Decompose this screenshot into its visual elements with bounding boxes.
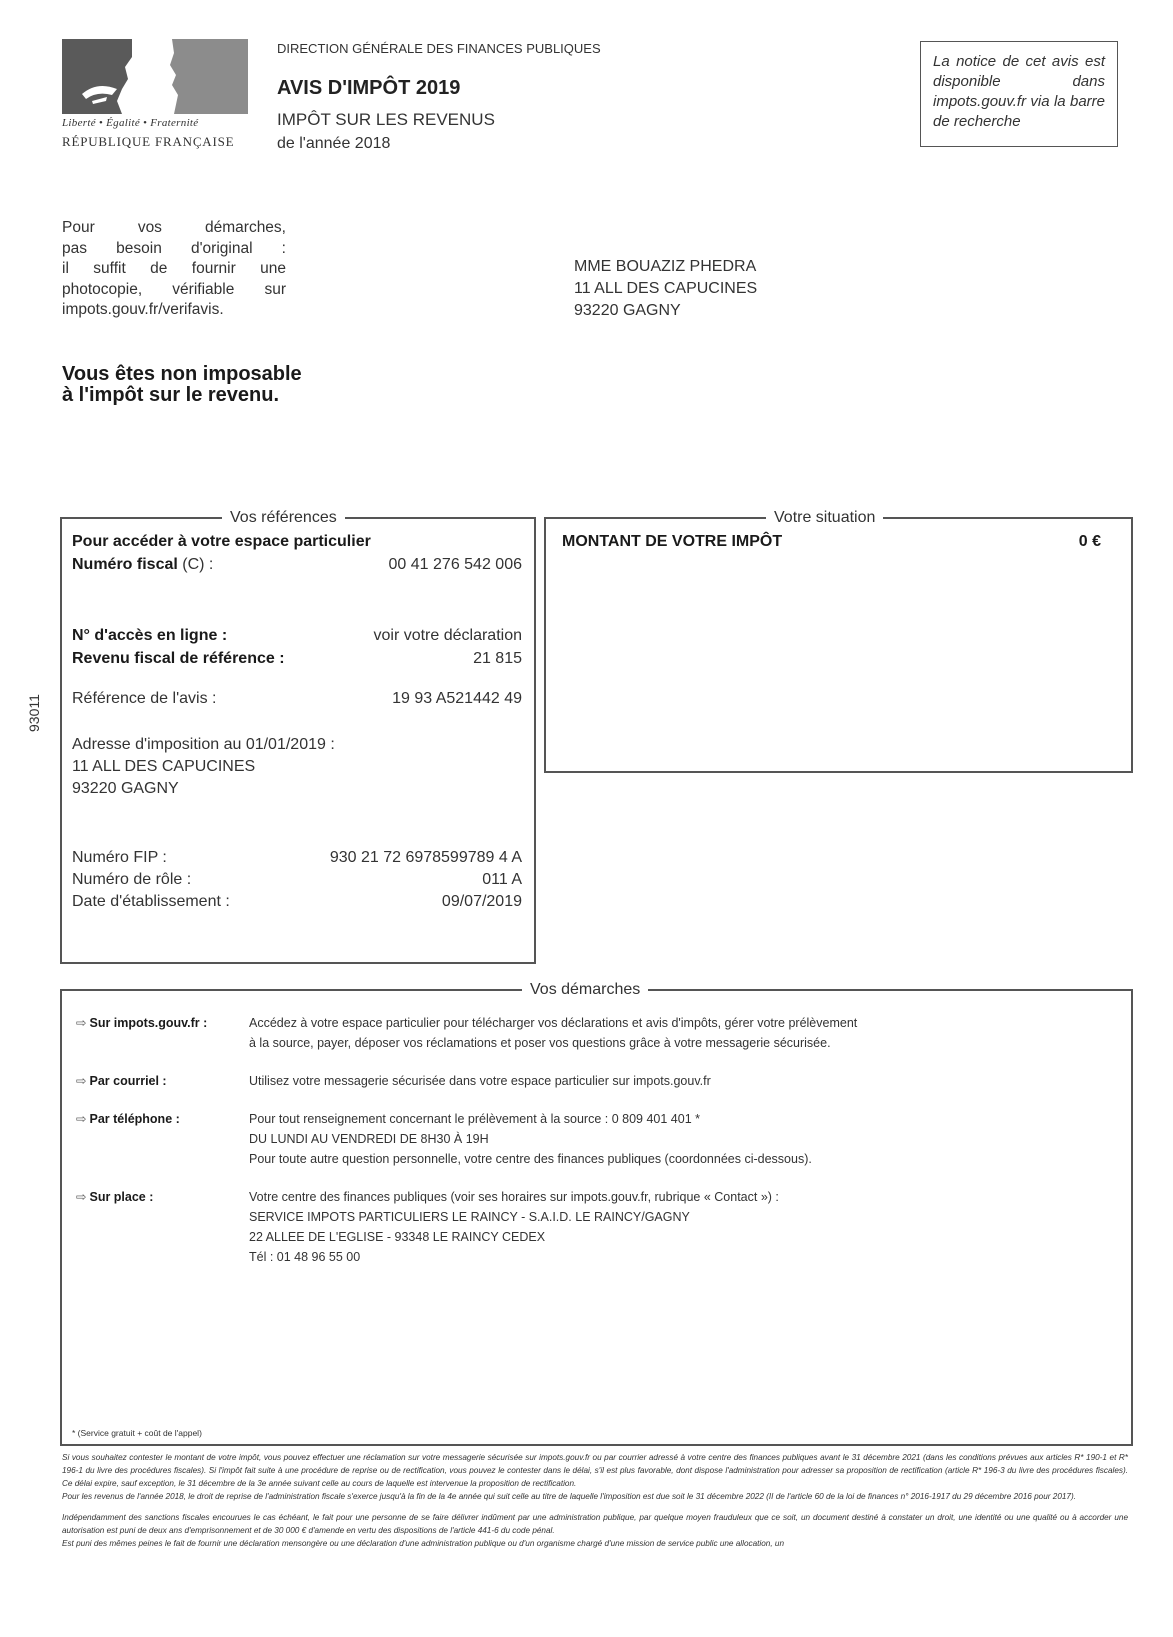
fine-print-p4: Est puni des mêmes peines le fait de fou…	[62, 1537, 1128, 1550]
role-value: 011 A	[482, 871, 522, 889]
info-line: photocopie, vérifiable sur	[62, 280, 286, 301]
fine-print-p2: Pour les revenus de l'année 2018, le dro…	[62, 1490, 1128, 1503]
marianne-logo	[62, 39, 248, 114]
montant-label: MONTANT DE VOTRE IMPÔT	[562, 533, 782, 551]
numero-fiscal-value: 00 41 276 542 006	[389, 556, 522, 574]
info-line: impots.gouv.fr/verifavis.	[62, 300, 286, 321]
demarche-line: Pour tout renseignement concernant le pr…	[249, 1109, 812, 1129]
demarche-line: à la source, payer, déposer vos réclamat…	[249, 1033, 857, 1053]
side-code: 93011	[26, 694, 42, 732]
ref-avis-row: Référence de l'avis : 19 93 A521442 49	[72, 690, 522, 708]
demarche-line: DU LUNDI AU VENDREDI DE 8H30 À 19H	[249, 1129, 812, 1149]
arrow-right-icon: ⇨	[76, 1074, 86, 1088]
numero-fiscal-row: Numéro fiscal (C) : 00 41 276 542 006	[72, 556, 522, 574]
status-line-2: à l'impôt sur le revenu.	[62, 385, 302, 406]
demarche-item: ⇨Sur impots.gouv.fr : Accédez à votre es…	[76, 1013, 857, 1053]
arrow-right-icon: ⇨	[76, 1016, 86, 1030]
demarche-line: Utilisez votre messagerie sécurisée dans…	[249, 1071, 711, 1091]
demarche-line: 22 ALLEE DE L'EGLISE - 93348 LE RAINCY C…	[249, 1227, 779, 1247]
info-line: pas besoin d'original :	[62, 239, 286, 260]
ref-avis-label: Référence de l'avis :	[72, 690, 216, 708]
role-label: Numéro de rôle :	[72, 871, 191, 889]
demarche-line: Tél : 01 48 96 55 00	[249, 1247, 779, 1267]
logo-left-panel	[62, 39, 158, 114]
demarche-item: ⇨Par téléphone : Pour tout renseignement…	[76, 1109, 812, 1169]
info-line: Pour vos démarches,	[62, 218, 286, 239]
numero-fiscal-label: Numéro fiscal	[72, 556, 178, 573]
republique-francaise: RÉPUBLIQUE FRANÇAISE	[62, 134, 234, 150]
demarche-line: Pour toute autre question personnelle, v…	[249, 1149, 812, 1169]
fine-print-p1: Si vous souhaitez contester le montant d…	[62, 1451, 1128, 1490]
document-year: de l'année 2018	[277, 135, 390, 153]
marianne-profile-icon	[62, 39, 158, 114]
rfr-row: Revenu fiscal de référence : 21 815	[72, 650, 522, 668]
demarche-line: Votre centre des finances publiques (voi…	[249, 1187, 779, 1207]
acces-en-ligne-value: voir votre déclaration	[373, 627, 522, 645]
demarche-item: ⇨Sur place : Votre centre des finances p…	[76, 1187, 779, 1267]
document-subtitle: IMPÔT SUR LES REVENUS	[277, 110, 495, 130]
demarches-legend: Vos démarches	[522, 980, 648, 1000]
recipient-city: 93220 GAGNY	[574, 300, 757, 322]
fip-value: 930 21 72 6978599789 4 A	[330, 849, 522, 867]
info-text: Pour vos démarches, pas besoin d'origina…	[62, 218, 286, 321]
notice-box: La notice de cet avis est disponible dan…	[920, 41, 1118, 147]
fip-row: Numéro FIP : 930 21 72 6978599789 4 A	[72, 849, 522, 867]
recipient-address: MME BOUAZIZ PHEDRA 11 ALL DES CAPUCINES …	[574, 256, 757, 322]
rfr-value: 21 815	[473, 650, 522, 668]
ref-avis-value: 19 93 A521442 49	[392, 690, 522, 708]
demarches-box: Vos démarches ⇨Sur impots.gouv.fr : Accé…	[60, 989, 1133, 1446]
logo-right-panel	[158, 39, 248, 114]
references-legend: Vos références	[222, 508, 345, 528]
notice-text: La notice de cet avis est disponible dan…	[933, 53, 1105, 130]
demarche-line: Accédez à votre espace particulier pour …	[249, 1013, 857, 1033]
document-title: AVIS D'IMPÔT 2019	[277, 77, 460, 100]
demarche-label: Par téléphone :	[89, 1112, 179, 1126]
adresse-city: 93220 GAGNY	[72, 778, 522, 800]
fip-label: Numéro FIP :	[72, 849, 167, 867]
date-label: Date d'établissement :	[72, 893, 230, 911]
tax-status-message: Vous êtes non imposable à l'impôt sur le…	[62, 364, 302, 406]
acces-en-ligne-row: N° d'accès en ligne : voir votre déclara…	[72, 627, 522, 645]
republic-motto: Liberté • Égalité • Fraternité	[62, 117, 198, 129]
acces-en-ligne-label: N° d'accès en ligne :	[72, 627, 227, 645]
recipient-name: MME BOUAZIZ PHEDRA	[574, 256, 757, 278]
situation-legend: Votre situation	[766, 508, 883, 528]
demarche-label: Par courriel :	[89, 1074, 166, 1088]
recipient-street: 11 ALL DES CAPUCINES	[574, 278, 757, 300]
status-line-1: Vous êtes non imposable	[62, 364, 302, 385]
role-row: Numéro de rôle : 011 A	[72, 871, 522, 889]
date-value: 09/07/2019	[442, 893, 522, 911]
adresse-label: Adresse d'imposition au 01/01/2019 :	[72, 734, 522, 756]
date-row: Date d'établissement : 09/07/2019	[72, 893, 522, 911]
numero-fiscal-suffix: (C) :	[182, 556, 213, 573]
access-title: Pour accéder à votre espace particulier	[72, 533, 522, 551]
demarche-line: SERVICE IMPOTS PARTICULIERS LE RAINCY - …	[249, 1207, 779, 1227]
direction-name: DIRECTION GÉNÉRALE DES FINANCES PUBLIQUE…	[277, 41, 601, 56]
demarche-label: Sur place :	[89, 1190, 153, 1204]
fine-print: Si vous souhaitez contester le montant d…	[62, 1451, 1128, 1550]
footnote: * (Service gratuit + coût de l'appel)	[72, 1428, 202, 1438]
demarche-item: ⇨Par courriel : Utilisez votre messageri…	[76, 1071, 711, 1091]
montant-row: MONTANT DE VOTRE IMPÔT 0 €	[562, 533, 1101, 551]
marianne-face-icon	[158, 39, 248, 114]
access-title-text: Pour accéder à votre espace particulier	[72, 533, 371, 551]
arrow-right-icon: ⇨	[76, 1190, 86, 1204]
references-box: Vos références Pour accéder à votre espa…	[60, 517, 536, 964]
info-line: il suffit de fournir une	[62, 259, 286, 280]
montant-value: 0 €	[1079, 533, 1101, 551]
fine-print-p3: Indépendamment des sanctions fiscales en…	[62, 1511, 1128, 1537]
demarche-label: Sur impots.gouv.fr :	[89, 1016, 207, 1030]
situation-box: Votre situation MONTANT DE VOTRE IMPÔT 0…	[544, 517, 1133, 773]
adresse-street: 11 ALL DES CAPUCINES	[72, 756, 522, 778]
rfr-label: Revenu fiscal de référence :	[72, 650, 285, 668]
arrow-right-icon: ⇨	[76, 1112, 86, 1126]
adresse-imposition: Adresse d'imposition au 01/01/2019 : 11 …	[72, 734, 522, 800]
